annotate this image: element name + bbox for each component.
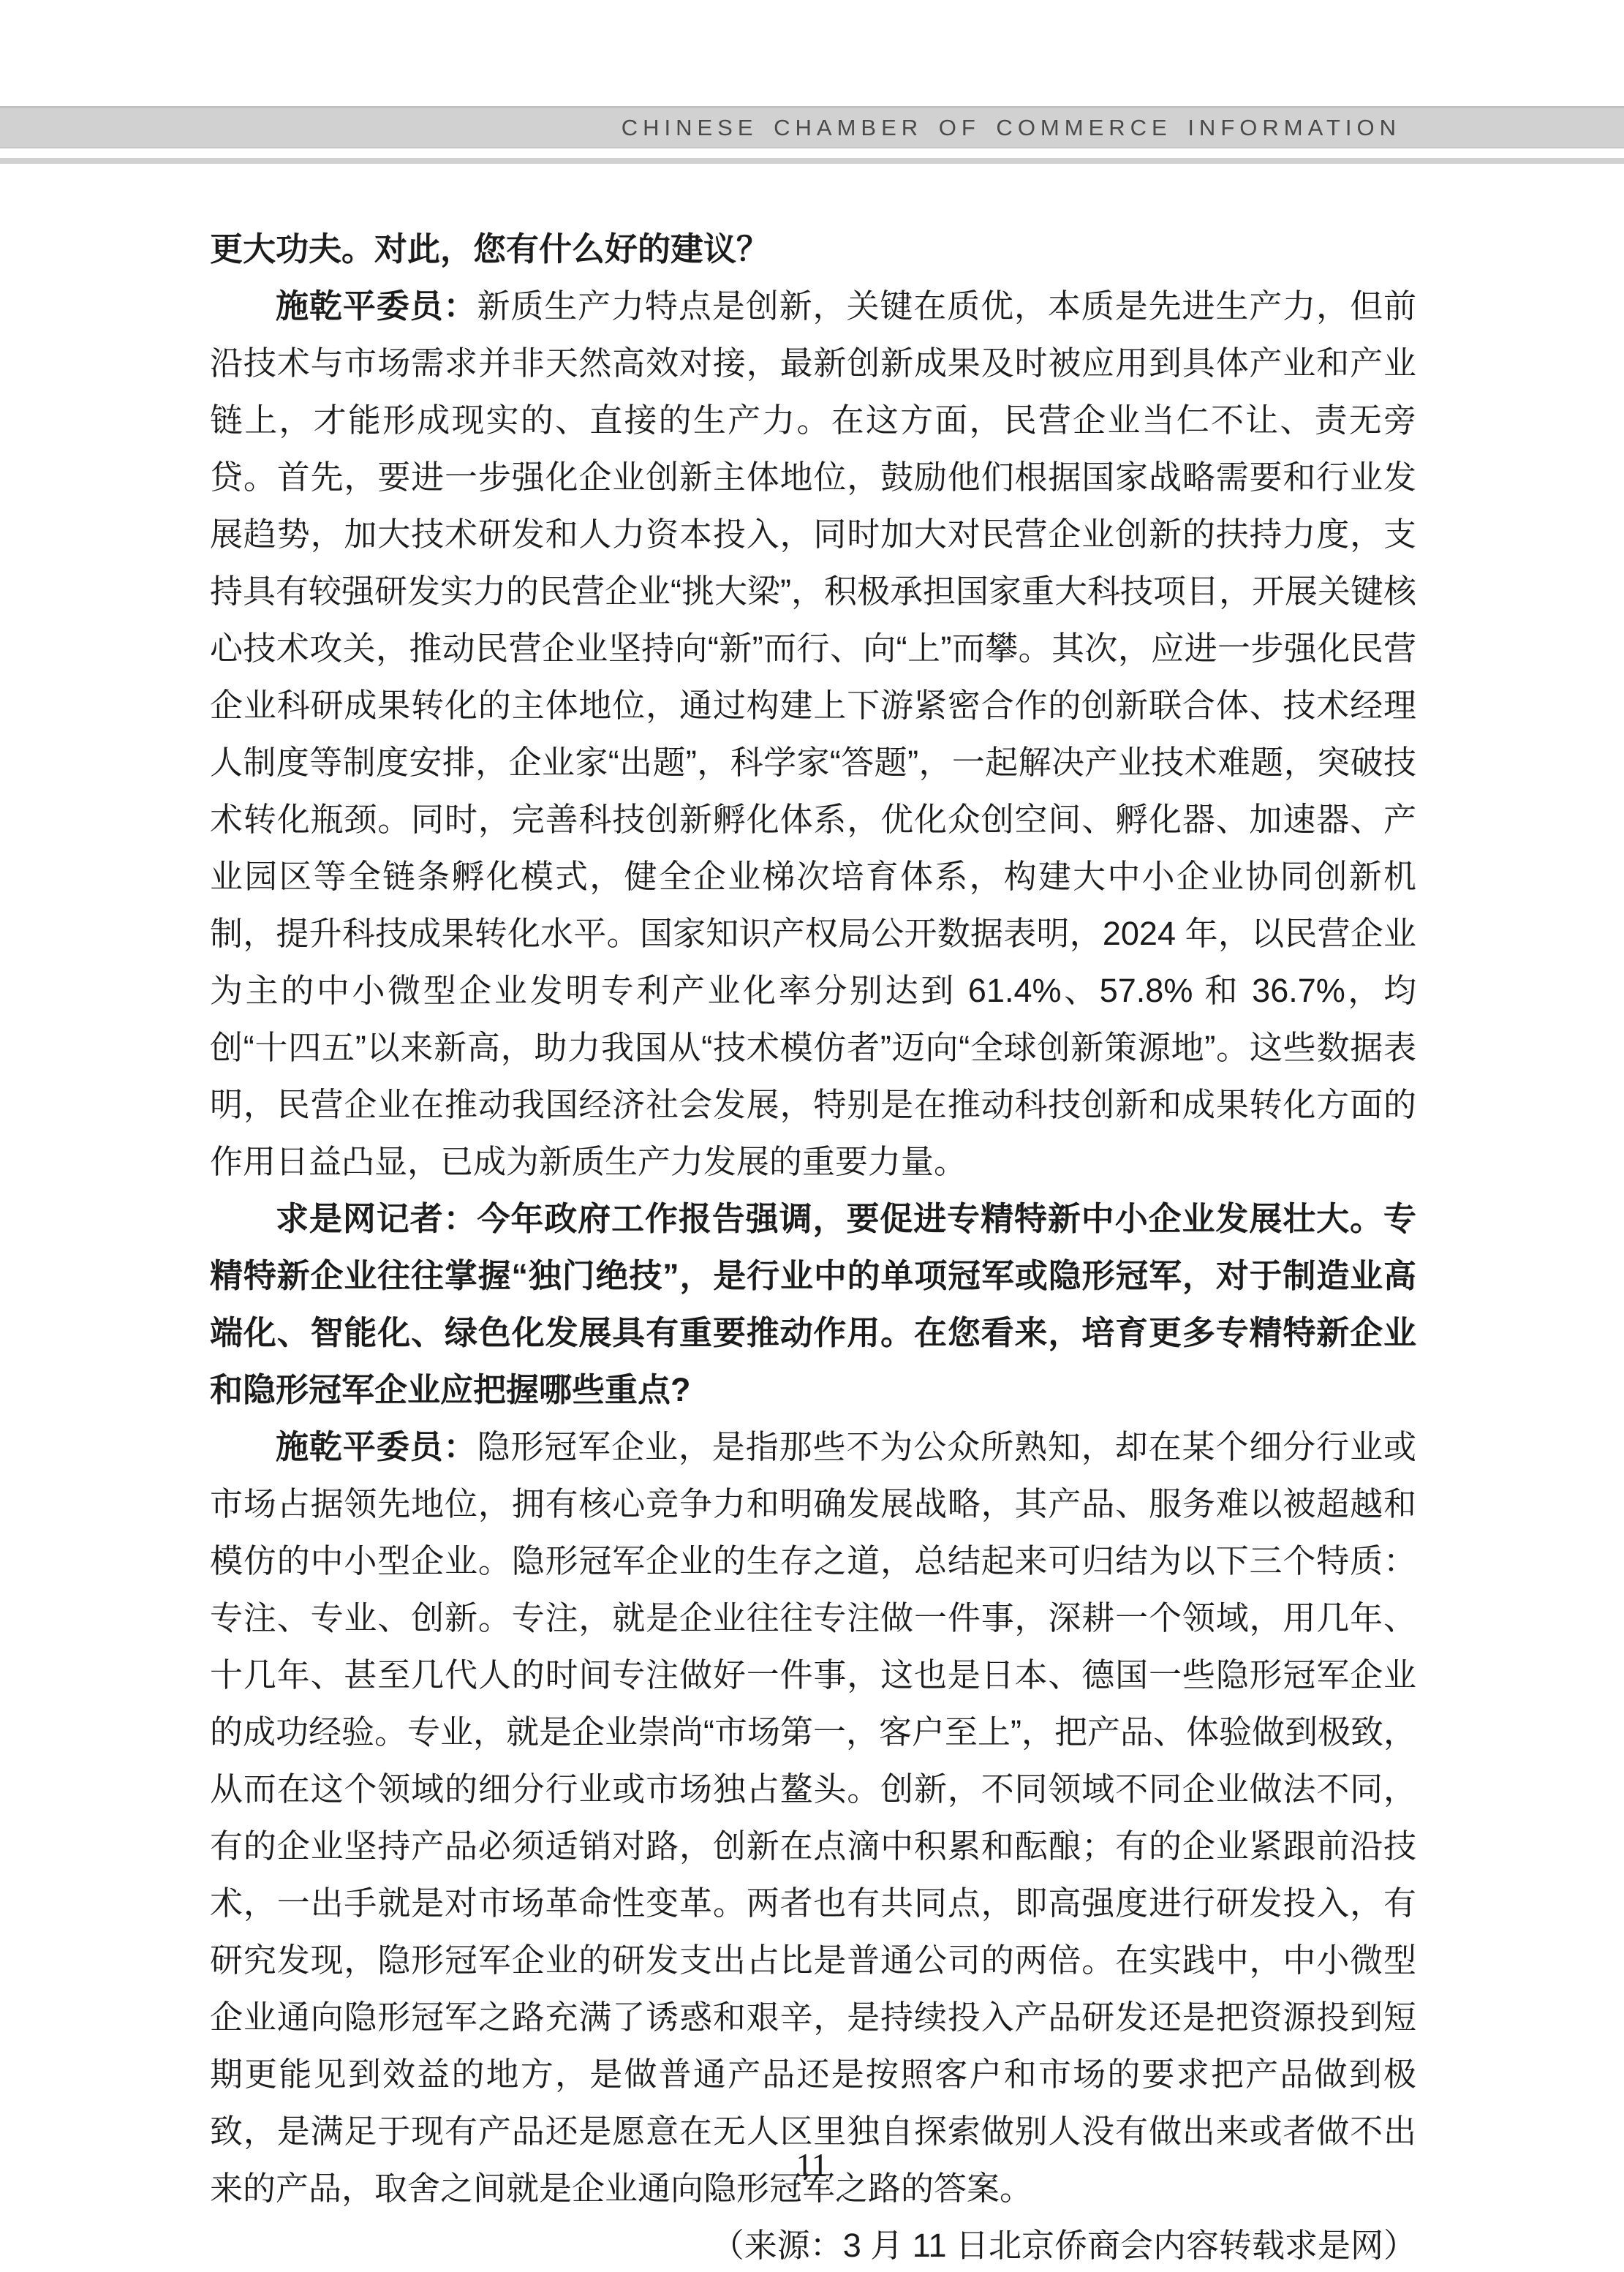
article-body: 更大功夫。对此，您有什么好的建议？施乾平委员：新质生产力特点是创新，关键在质优，…: [210, 221, 1416, 2272]
paragraph: 求是网记者：今年政府工作报告强调，要促进专精特新中小企业发展壮大。专精特新企业往…: [210, 1190, 1416, 1419]
header-band: CHINESE CHAMBER OF COMMERCE INFORMATION: [0, 106, 1624, 148]
paragraph-text: 隐形冠军企业，是指那些不为公众所熟知，却在某个细分行业或市场占据领先地位，拥有核…: [210, 1428, 1416, 2207]
header-banner-text: CHINESE CHAMBER OF COMMERCE INFORMATION: [622, 115, 1401, 141]
header-rule: [0, 158, 1624, 164]
speaker-label: 求是网记者：: [276, 1200, 477, 1237]
speaker-label: 施乾平委员：: [276, 287, 477, 325]
speaker-label: 施乾平委员：: [276, 1428, 477, 1465]
paragraph: 施乾平委员：新质生产力特点是创新，关键在质优，本质是先进生产力，但前沿技术与市场…: [210, 278, 1416, 1190]
paragraph: 更大功夫。对此，您有什么好的建议？: [210, 221, 1416, 278]
paragraph-text: 更大功夫。对此，您有什么好的建议？: [210, 230, 769, 268]
page-number: 11: [0, 2145, 1624, 2184]
paragraph: 施乾平委员：隐形冠军企业，是指那些不为公众所熟知，却在某个细分行业或市场占据领先…: [210, 1419, 1416, 2217]
document-page: CHINESE CHAMBER OF COMMERCE INFORMATION …: [0, 0, 1624, 2272]
source-note: （来源：3 月 11 日北京侨商会内容转载求是网）: [646, 2217, 1416, 2272]
paragraph-text: 新质生产力特点是创新，关键在质优，本质是先进生产力，但前沿技术与市场需求并非天然…: [210, 287, 1416, 1180]
